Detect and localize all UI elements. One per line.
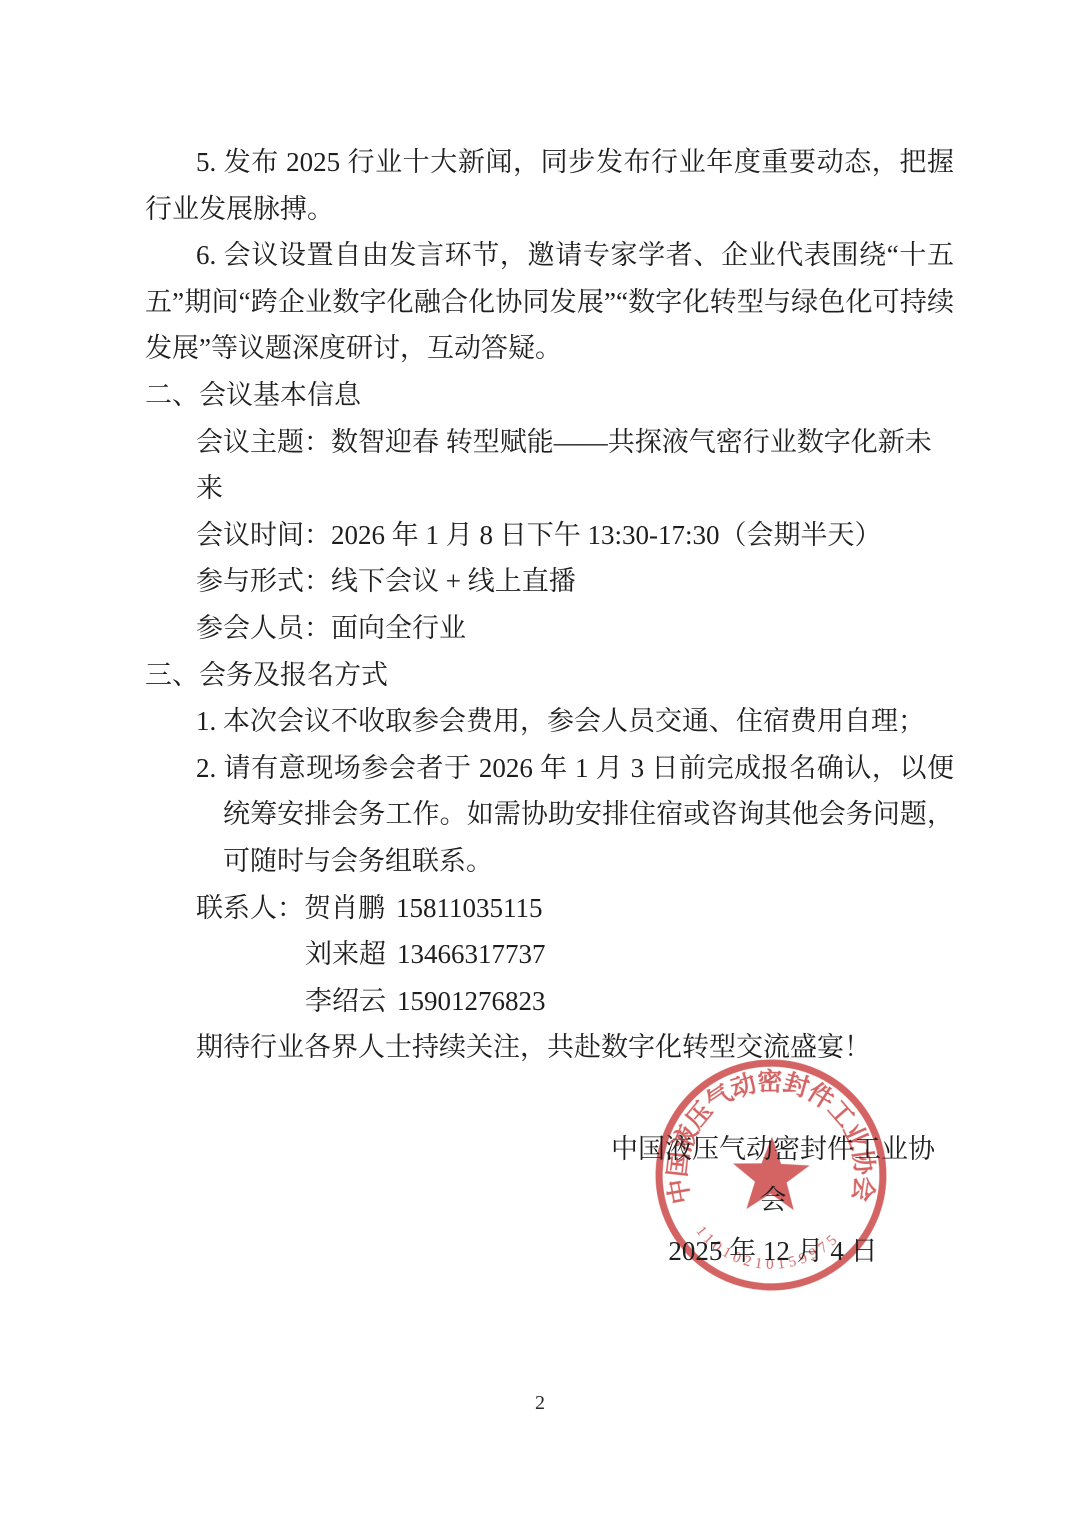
- document-body: 5. 发布 2025 行业十大新闻，同步发布行业年度重要动态，把握行业发展脉搏。…: [145, 139, 954, 1071]
- contact-phone-1: 15811035115: [396, 893, 543, 923]
- info-line-theme: 会议主题：数智迎春 转型赋能——共探液气密行业数字化新未来: [145, 419, 954, 512]
- contact-line-1: 联系人：贺肖鹏15811035115: [145, 885, 954, 932]
- section-heading-registration: 三、会务及报名方式: [145, 652, 954, 699]
- signature-block: 中国液压气动密封件工业协会 2025 年 12 月 4 日: [602, 1124, 944, 1277]
- contact-label: 联系人：: [196, 893, 304, 923]
- section-heading-basic-info: 二、会议基本信息: [145, 372, 954, 419]
- contact-line-2: 刘来超13466317737: [145, 931, 954, 978]
- contact-name-2: 刘来超: [305, 939, 386, 969]
- info-line-time: 会议时间：2026 年 1 月 8 日下午 13:30-17:30（会期半天）: [145, 512, 954, 559]
- info-line-format: 参与形式：线下会议 + 线上直播: [145, 558, 954, 605]
- contact-line-3: 李绍云15901276823: [145, 978, 954, 1025]
- signature-date: 2025 年 12 月 4 日: [602, 1226, 944, 1277]
- info-line-attendees: 参会人员：面向全行业: [145, 605, 954, 652]
- paragraph-item-6: 6. 会议设置自由发言环节，邀请专家学者、企业代表围绕“十五五”期间“跨企业数字…: [145, 232, 954, 372]
- page-number: 2: [0, 1392, 1080, 1415]
- signature-org: 中国液压气动密封件工业协会: [602, 1124, 944, 1226]
- contact-phone-3: 15901276823: [397, 986, 546, 1016]
- registration-item-1: 1. 本次会议不收取参会费用，参会人员交通、住宿费用自理；: [145, 698, 954, 745]
- paragraph-item-5: 5. 发布 2025 行业十大新闻，同步发布行业年度重要动态，把握行业发展脉搏。: [145, 139, 954, 232]
- contact-name-3: 李绍云: [305, 986, 386, 1016]
- registration-item-2: 2. 请有意现场参会者于 2026 年 1 月 3 日前完成报名确认，以便统筹安…: [145, 745, 954, 885]
- contact-name-1: 贺肖鹏: [304, 893, 385, 923]
- document-page: 5. 发布 2025 行业十大新闻，同步发布行业年度重要动态，把握行业发展脉搏。…: [0, 0, 1080, 1527]
- contact-phone-2: 13466317737: [397, 939, 546, 969]
